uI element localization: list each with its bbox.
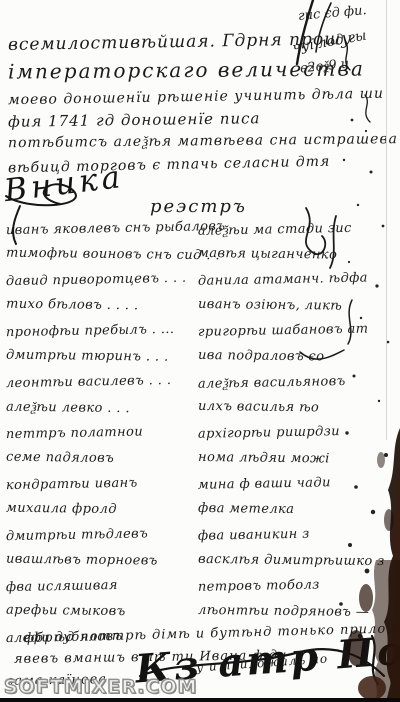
register-entry: мавѣя цыганченко bbox=[198, 245, 385, 273]
register-entry: фва исляшивая bbox=[6, 576, 226, 606]
register-entry: дмитрѣи тюринъ . . . bbox=[6, 347, 226, 375]
watermark: SOFTMIXER.COM bbox=[4, 676, 198, 698]
register-entry: данила атаманч. ѣдфа bbox=[198, 270, 385, 299]
register-left-column: иванъ яковлевъ снъ рыбаловъ тимофѣи воин… bbox=[6, 221, 226, 655]
register-entry: кондратѣи иванъ bbox=[6, 474, 226, 504]
register-entry: илхъ василья ѣо bbox=[198, 398, 385, 426]
register-entry: алеѯѣи ма стади зис bbox=[198, 219, 385, 248]
register-entry: петровъ тоболз bbox=[198, 576, 385, 605]
register-entry: васклѣя димитрѣишко з bbox=[198, 551, 385, 579]
register-entry: архігорѣи ришрдзи bbox=[198, 423, 385, 452]
register-entry: леонтѣи василевъ . . . bbox=[6, 372, 226, 402]
register-entry: иванъ яковлевъ снъ рыбаловъ bbox=[6, 219, 226, 249]
register-entry: ива подраловъ єо bbox=[198, 347, 385, 375]
register-entry: тимофѣи воиновъ снъ сид . . bbox=[6, 245, 226, 273]
petition-header-line: потѣбитсъ алеѯѣя матвѣева сна истрашева … bbox=[8, 131, 400, 152]
petition-header-line: моево доношенїи рѣшеніе учинить дѣла ши bbox=[8, 86, 384, 109]
register-entry: нома лѣдяи можі bbox=[198, 449, 385, 477]
register-entry: дмитрѣи тѣдлевъ bbox=[6, 525, 226, 555]
margin-scribble: гис єд фи. bbox=[297, 3, 367, 24]
register-entry: григорѣи шабановъ ат bbox=[198, 321, 385, 350]
register-entry: ивашлѣвъ торноевъ bbox=[6, 551, 226, 579]
register-entry: михаила фролд bbox=[6, 500, 226, 528]
register-entry: фва метелка bbox=[198, 500, 385, 528]
manuscript-scan: всемилостивѣйшая. Гдрня прошу імператорс… bbox=[0, 0, 400, 702]
register-entry: семе падяловъ bbox=[6, 449, 226, 477]
fold-line bbox=[386, 0, 387, 440]
register-entry: алеѯѣи левко . . . bbox=[6, 398, 226, 426]
register-entry: иванъ озіюнъ, ликѣ bbox=[198, 296, 385, 324]
scan-bottom-border bbox=[0, 698, 400, 702]
register-entry: давид приворотцевъ . . . bbox=[6, 270, 226, 300]
register-title: реэстръ bbox=[150, 196, 247, 217]
register-right-column: алеѯѣи ма стади зис мавѣя цыганченко дан… bbox=[198, 221, 385, 655]
register-entry: тихо бѣловъ . . . . bbox=[6, 296, 226, 324]
register-entry: мина ф ваши чади bbox=[198, 474, 385, 503]
petition-header-line: фия 1741 гд доношенїе писа bbox=[8, 109, 261, 131]
register-entry: алеѯѣя васильяновъ bbox=[198, 372, 385, 401]
register-entry: петтръ полатнои bbox=[6, 423, 226, 453]
register-entry: пронофѣи пребылъ . ... bbox=[6, 321, 226, 351]
register-entry: фва иваникин з bbox=[198, 525, 385, 554]
